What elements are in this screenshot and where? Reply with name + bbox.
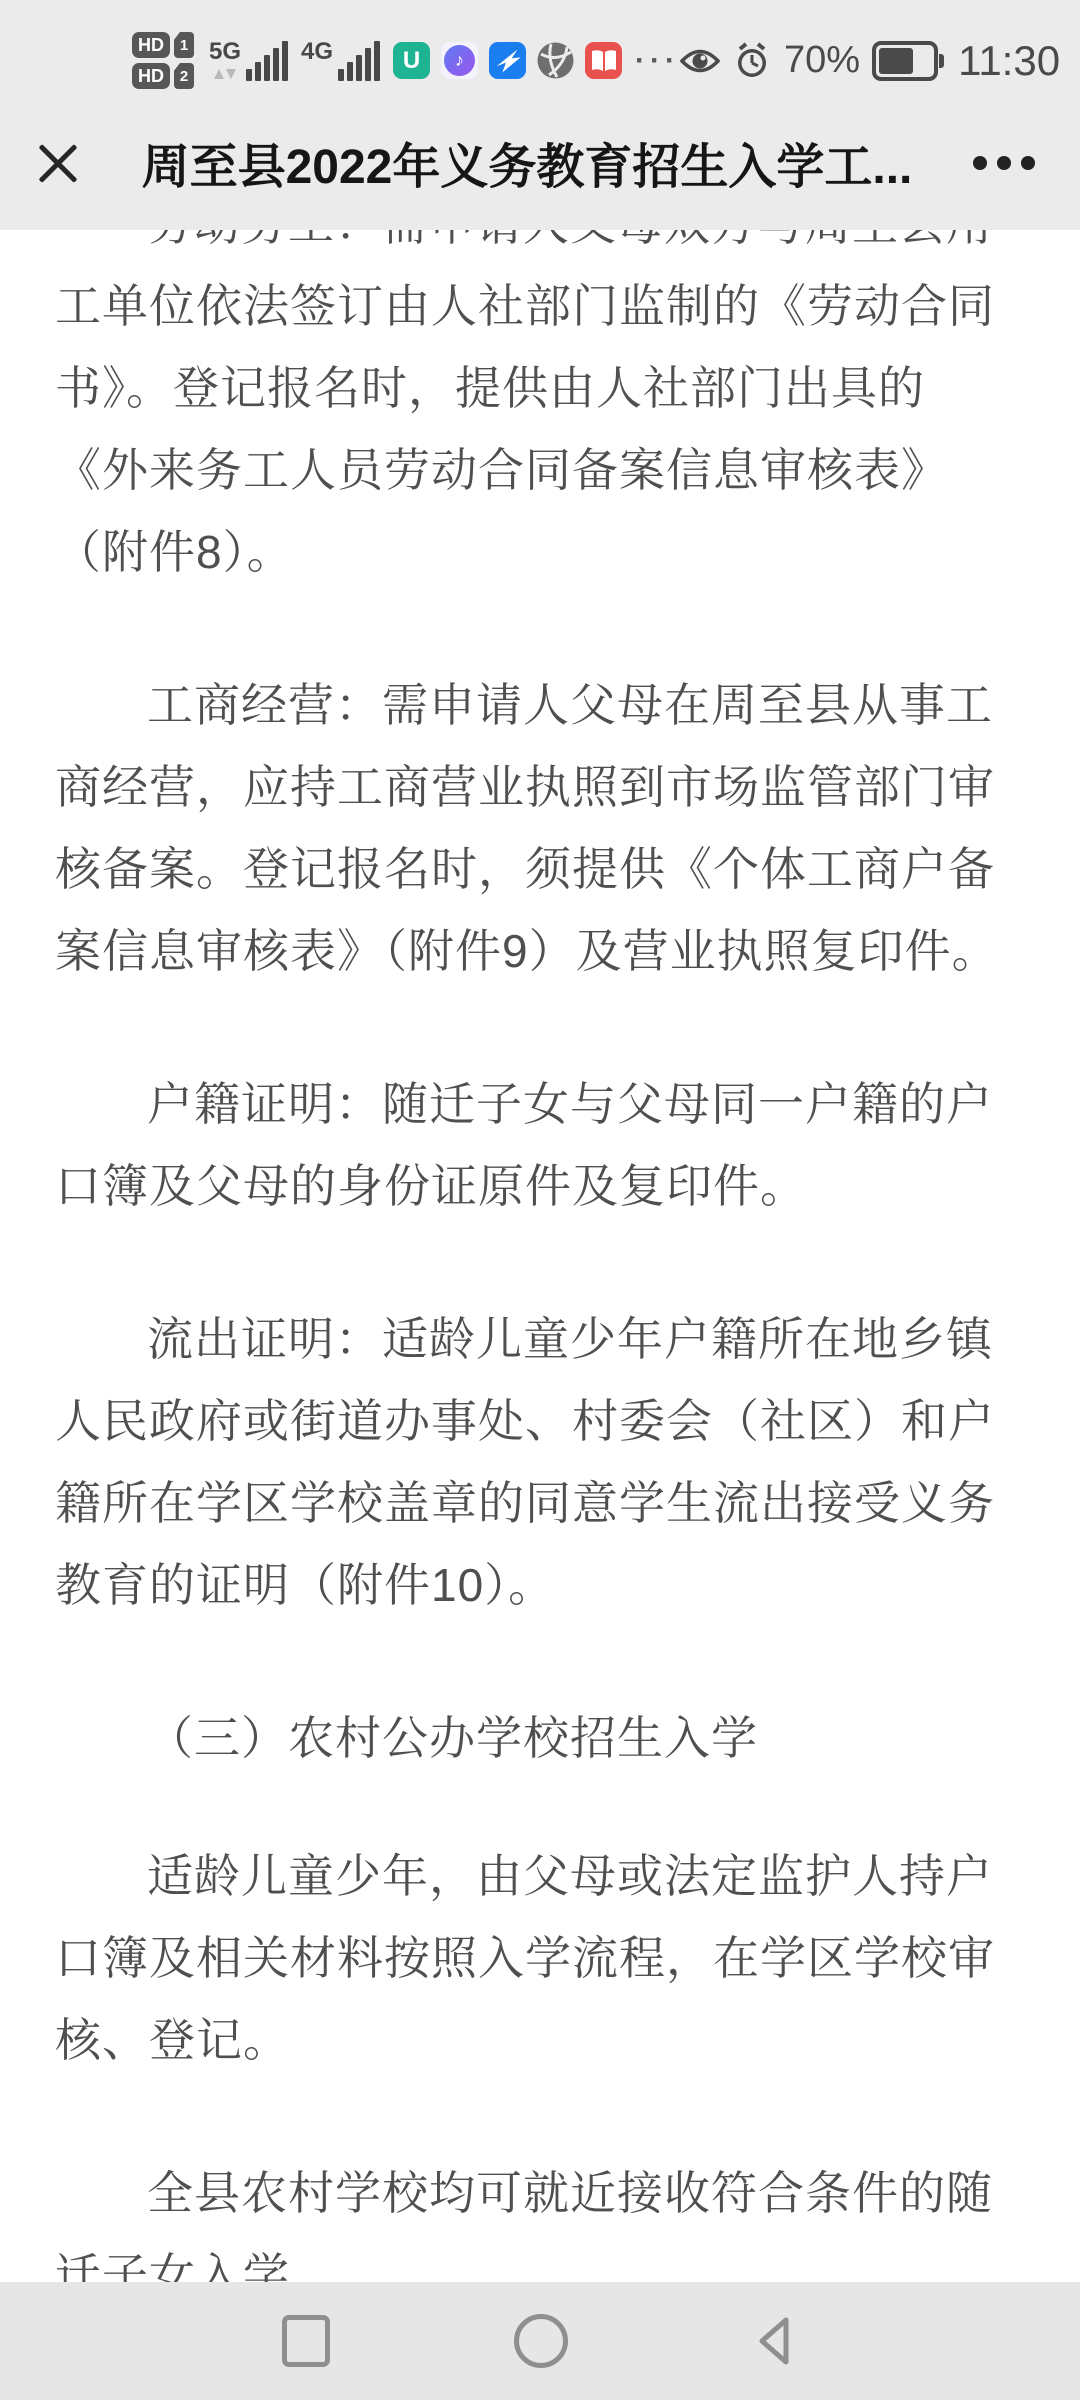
battery-icon (872, 41, 938, 81)
close-icon[interactable] (35, 140, 81, 186)
browser-app-notification-icon (537, 42, 574, 79)
signal-4g: 4G (301, 40, 380, 81)
status-bar: HD 1 HD 2 5G 4G (0, 0, 1080, 95)
article-paragraph: 适龄儿童少年，由父母或法定监护人持户 口簿及相关材料按照入学流程，在学区学校审 … (55, 1835, 1025, 2081)
network-type-label: 5G (209, 40, 241, 64)
navigation-bar (0, 2282, 1080, 2400)
page-title: 周至县2022年义务教育招生入学工... (81, 128, 973, 197)
phone-screen: HD 1 HD 2 5G 4G (0, 0, 1080, 2400)
more-notifications-icon: ··· (635, 44, 680, 78)
article-paragraph: 工商经营：需申请人父母在周至县从事工 商经营，应持工商营业执照到市场监管部门审 … (55, 664, 1025, 992)
sim2-icon: 2 (174, 63, 194, 89)
back-button[interactable] (752, 2315, 798, 2367)
fitness-app-notification-icon: U (393, 42, 430, 79)
hd-badges: HD 1 HD 2 (132, 32, 194, 89)
article-content[interactable]: 劳动务工：需申请人父母双方与周至县用 工单位依法签订由人社部门监制的《劳动合同 … (0, 230, 1080, 2282)
network-type-label: 4G (301, 40, 333, 64)
title-bar: 周至县2022年义务教育招生入学工... (0, 95, 1080, 230)
home-button[interactable] (514, 2314, 568, 2368)
battery-percent: 70% (784, 39, 860, 82)
open-book-icon (590, 49, 618, 73)
section-heading: （三）农村公办学校招生入学 (55, 1697, 1025, 1779)
music-note-icon: ♪ (444, 45, 475, 76)
article-paragraph: 户籍证明：随迁子女与父母同一户籍的户 口簿及父母的身份证原件及复印件。 (55, 1063, 1025, 1227)
alarm-clock-icon (732, 41, 772, 81)
data-activity-icon (214, 67, 236, 81)
hd2-badge: HD (132, 63, 170, 89)
status-left-cluster: HD 1 HD 2 5G 4G (132, 32, 680, 89)
sim1-icon: 1 (174, 32, 194, 58)
hd1-badge: HD (132, 32, 170, 58)
wing-icon (495, 48, 521, 74)
article-paragraph: 劳动务工：需申请人父母双方与周至县用 工单位依法签订由人社部门监制的《劳动合同 … (55, 230, 1025, 593)
article-paragraph: 全县农村学校均可就近接收符合条件的随 迁子女入学。 (55, 2152, 1025, 2282)
reading-app-notification-icon (585, 42, 622, 79)
article-body: 劳动务工：需申请人父母双方与周至县用 工单位依法签订由人社部门监制的《劳动合同 … (0, 230, 1080, 2282)
wing-app-notification-icon (489, 42, 526, 79)
status-right-cluster: 70% 11:30 (680, 37, 1060, 85)
article-paragraph: 流出证明：适龄儿童少年户籍所在地乡镇 人民政府或街道办事处、村委会（社区）和户 … (55, 1298, 1025, 1626)
music-app-notification-icon: ♪ (441, 42, 478, 79)
eye-comfort-icon (680, 47, 720, 75)
more-menu-icon[interactable] (973, 156, 1035, 170)
recents-button[interactable] (282, 2315, 330, 2367)
signal-5g: 5G (209, 40, 288, 81)
signal-bars-icon (338, 41, 380, 81)
status-time: 11:30 (958, 37, 1060, 85)
signal-bars-icon (246, 41, 288, 81)
